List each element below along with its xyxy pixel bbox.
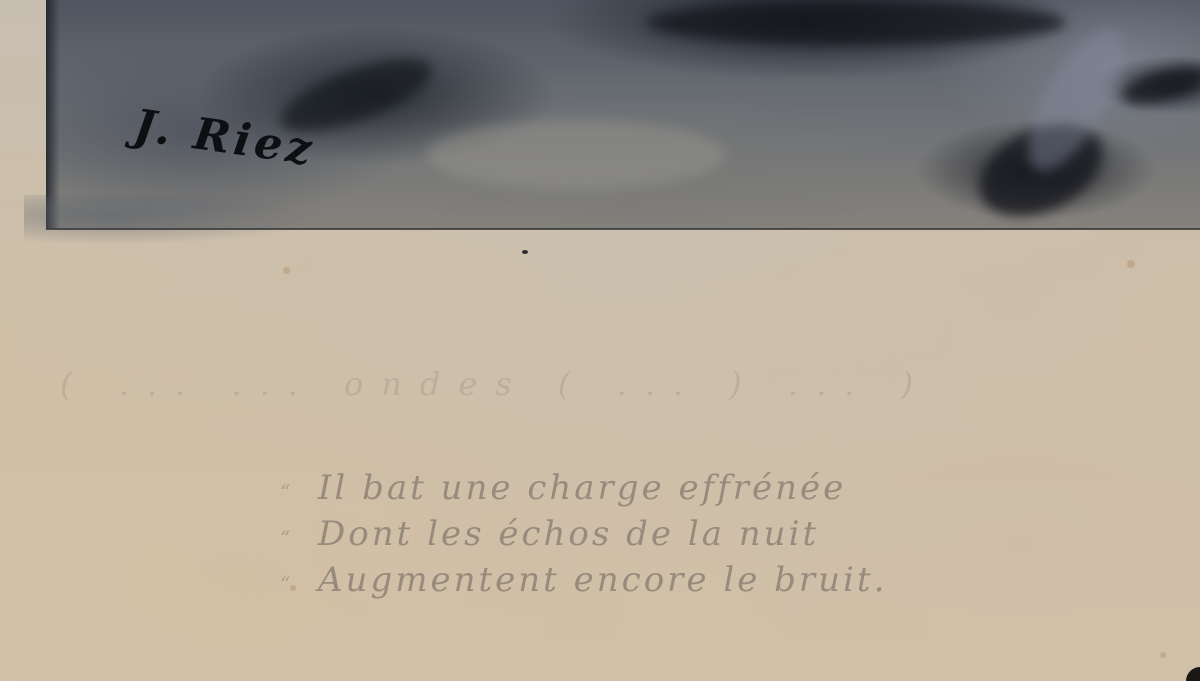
dark-wash-streak [646, 0, 1066, 45]
verse-text: Il bat une charge effrénée [318, 468, 846, 508]
watercolour-painting: J. Riez [46, 0, 1200, 229]
pencil-verse: “ Il bat une charge effrénée “ Dont les … [280, 468, 887, 606]
verse-text: Augmentent encore le bruit. [318, 560, 887, 600]
verse-line: “ Dont les échos de la nuit [280, 514, 887, 560]
painting-border-line [46, 228, 1200, 230]
verse-quote-mark: “ [280, 480, 318, 504]
painting-left-edge [46, 0, 60, 229]
paper-sheet: J. Riez ( ... ... ondes ( ... ) ... ) “ … [0, 0, 1200, 681]
light-wash-patch [426, 120, 726, 190]
foxing-stain [283, 267, 290, 274]
corner-shadow [1186, 667, 1200, 681]
ink-dot [522, 250, 528, 254]
verse-quote-mark: “ [280, 526, 318, 550]
verse-line: “ Augmentent encore le bruit. [280, 560, 887, 606]
verse-text: Dont les échos de la nuit [318, 514, 819, 554]
foxing-stain [1127, 260, 1135, 268]
dark-wash-streak [1119, 59, 1200, 111]
foxing-stain [1160, 652, 1166, 658]
verse-quote-mark: “ [280, 572, 318, 596]
faint-pencil-heading: ( ... ... ondes ( ... ) ... ) [60, 365, 931, 403]
foxing-stain [290, 585, 296, 591]
verse-line: “ Il bat une charge effrénée [280, 468, 887, 514]
